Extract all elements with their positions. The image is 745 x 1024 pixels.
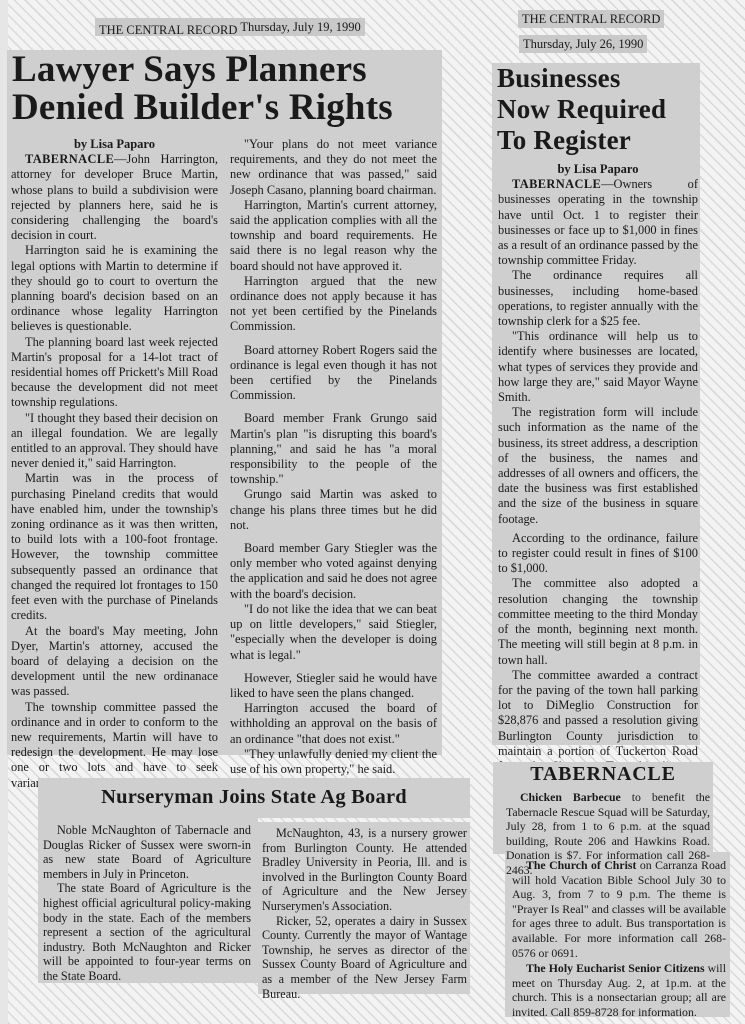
- paragraph: At the board's May meeting, John Dyer, M…: [11, 624, 218, 700]
- briefs-heading: TABERNACLE: [493, 763, 713, 786]
- masthead-article1: THE CENTRAL RECORD Thursday, July 19, 19…: [95, 18, 365, 36]
- paragraph: The ordinance requires all businesses, i…: [498, 268, 698, 329]
- paragraph: The committee also adopted a resolution …: [498, 576, 698, 667]
- article3-column-1: Noble McNaughton of Tabernacle and Dougl…: [43, 823, 251, 984]
- paragraph: McNaughton, 43, is a nursery grower from…: [262, 826, 467, 914]
- paragraph: However, Stiegler said he would have lik…: [230, 671, 437, 701]
- paragraph: The state Board of Agriculture is the hi…: [43, 881, 251, 983]
- paragraph: The registration form will include such …: [498, 405, 698, 527]
- paragraph: Board attorney Robert Rogers said the or…: [230, 343, 437, 404]
- masthead-article2-paper: THE CENTRAL RECORD: [518, 10, 664, 28]
- byline: by Lisa Paparo: [11, 137, 218, 152]
- paragraph: "They unlawfully denied my client the us…: [230, 747, 437, 777]
- masthead-article2-date: Thursday, July 26, 1990: [519, 35, 647, 53]
- brief-holy-eucharist: The Holy Eucharist Senior Citizens will …: [512, 961, 726, 1019]
- paragraph: Board member Gary Stiegler was the only …: [230, 541, 437, 602]
- paragraph: Harrington accused the board of withhold…: [230, 701, 437, 747]
- paragraph: Harrington, Martin's current attorney, s…: [230, 198, 437, 274]
- paragraph: According to the ordinance, failure to r…: [498, 531, 698, 577]
- paragraph: TABERNACLE—John Harrington, attorney for…: [11, 152, 218, 243]
- paragraph: The planning board last week rejected Ma…: [11, 335, 218, 411]
- article1-column-1: by Lisa Paparo TABERNACLE—John Harringto…: [11, 137, 218, 791]
- article3-headline-box: Nurseryman Joins State Ag Board: [38, 778, 470, 818]
- paragraph: Noble McNaughton of Tabernacle and Dougl…: [43, 823, 251, 881]
- issue-date: Thursday, July 26, 1990: [523, 37, 643, 51]
- article2-body: by Lisa Paparo TABERNACLE—Owners of busi…: [498, 162, 698, 805]
- article3-column-2: McNaughton, 43, is a nursery grower from…: [262, 826, 467, 1001]
- paragraph: TABERNACLE—Owners of businesses operatin…: [498, 177, 698, 268]
- paragraph: Harrington said he is examining the lega…: [11, 243, 218, 334]
- brief-church-of-christ: The Church of Christ on Carranza Road wi…: [512, 858, 726, 960]
- issue-date: Thursday, July 19, 1990: [240, 20, 360, 34]
- byline: by Lisa Paparo: [498, 162, 698, 177]
- paragraph: Board member Frank Grungo said Martin's …: [230, 411, 437, 487]
- newspaper-name: THE CENTRAL RECORD: [522, 12, 660, 26]
- newspaper-name: THE CENTRAL RECORD: [99, 23, 237, 37]
- paragraph: Martin was in the process of purchasing …: [11, 471, 218, 623]
- article1-headline: Lawyer Says Planners Denied Builder's Ri…: [7, 50, 442, 126]
- paragraph: Grungo said Martin was asked to change h…: [230, 487, 437, 533]
- paragraph: "This ordinance will help us to identify…: [498, 329, 698, 405]
- article2-headline: Businesses Now Required To Register: [492, 63, 700, 156]
- paragraph: "I thought they based their decision on …: [11, 411, 218, 472]
- paragraph: Harrington argued that the new ordinance…: [230, 274, 437, 335]
- article3-headline: Nurseryman Joins State Ag Board: [38, 778, 470, 816]
- paragraph: "I do not like the idea that we can beat…: [230, 602, 437, 663]
- paragraph: "Your plans do not meet variance require…: [230, 137, 437, 198]
- paragraph: Ricker, 52, operates a dairy in Sussex C…: [262, 914, 467, 1002]
- article1-column-2: "Your plans do not meet variance require…: [230, 137, 437, 777]
